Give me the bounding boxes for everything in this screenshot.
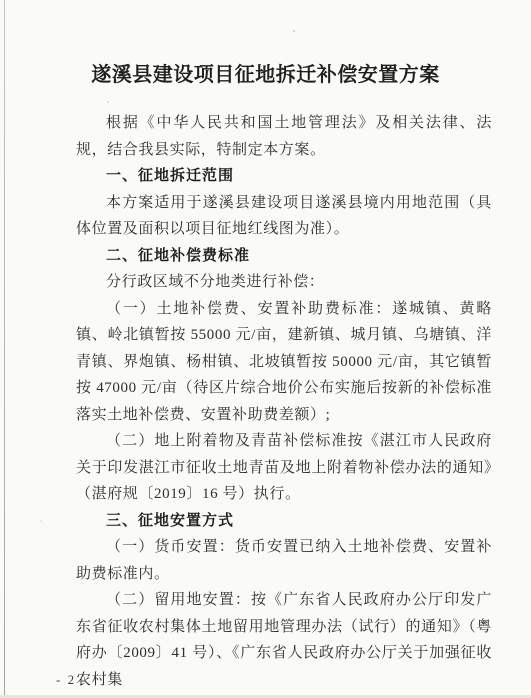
paragraph-compensation-intro: 分行政区域不分地类进行补偿： xyxy=(76,269,492,296)
paragraph-compensation-item-1: （一）土地补偿费、安置补助费标准：遂城镇、黄略镇、岭北镇暂按 55000 元/亩… xyxy=(76,296,492,429)
document-body: 根据《中华人民共和国土地管理法》及相关法律、法规，结合我县实际，特制定本方案。 … xyxy=(76,110,492,693)
paragraph-intro: 根据《中华人民共和国土地管理法》及相关法律、法规，结合我县实际，特制定本方案。 xyxy=(76,110,492,163)
scan-speckle xyxy=(40,520,42,522)
paragraph-resettlement-item-2: （二）留用地安置：按《广东省人民政府办公厅印发广东省征收农村集体土地留用地管理办… xyxy=(76,587,492,693)
scan-speckle xyxy=(293,30,295,32)
paragraph-scope: 本方案适用于遂溪县建设项目遂溪县境内用地范围（具体位置及面积以项目征地红线图为准… xyxy=(76,190,492,243)
paragraph-resettlement-item-1: （一）货币安置：货币安置已纳入土地补偿费、安置补助费标准内。 xyxy=(76,534,492,587)
page-number: - 2 - xyxy=(56,672,88,688)
section-heading-1: 一、征地拆迁范围 xyxy=(76,163,492,190)
scanned-document-page: 遂溪县建设项目征地拆迁补偿安置方案 根据《中华人民共和国土地管理法》及相关法律、… xyxy=(0,0,531,698)
document-title: 遂溪县建设项目征地拆迁补偿安置方案 xyxy=(0,58,531,87)
section-heading-3: 三、征地安置方式 xyxy=(76,508,492,535)
scan-speckle xyxy=(107,101,109,103)
scan-edge-line xyxy=(4,0,5,698)
section-heading-2: 二、征地补偿费标准 xyxy=(76,243,492,270)
paragraph-compensation-item-2: （二）地上附着物及青苗补偿标准按《湛江市人民政府关于印发湛江市征收土地青苗及地上… xyxy=(76,428,492,508)
